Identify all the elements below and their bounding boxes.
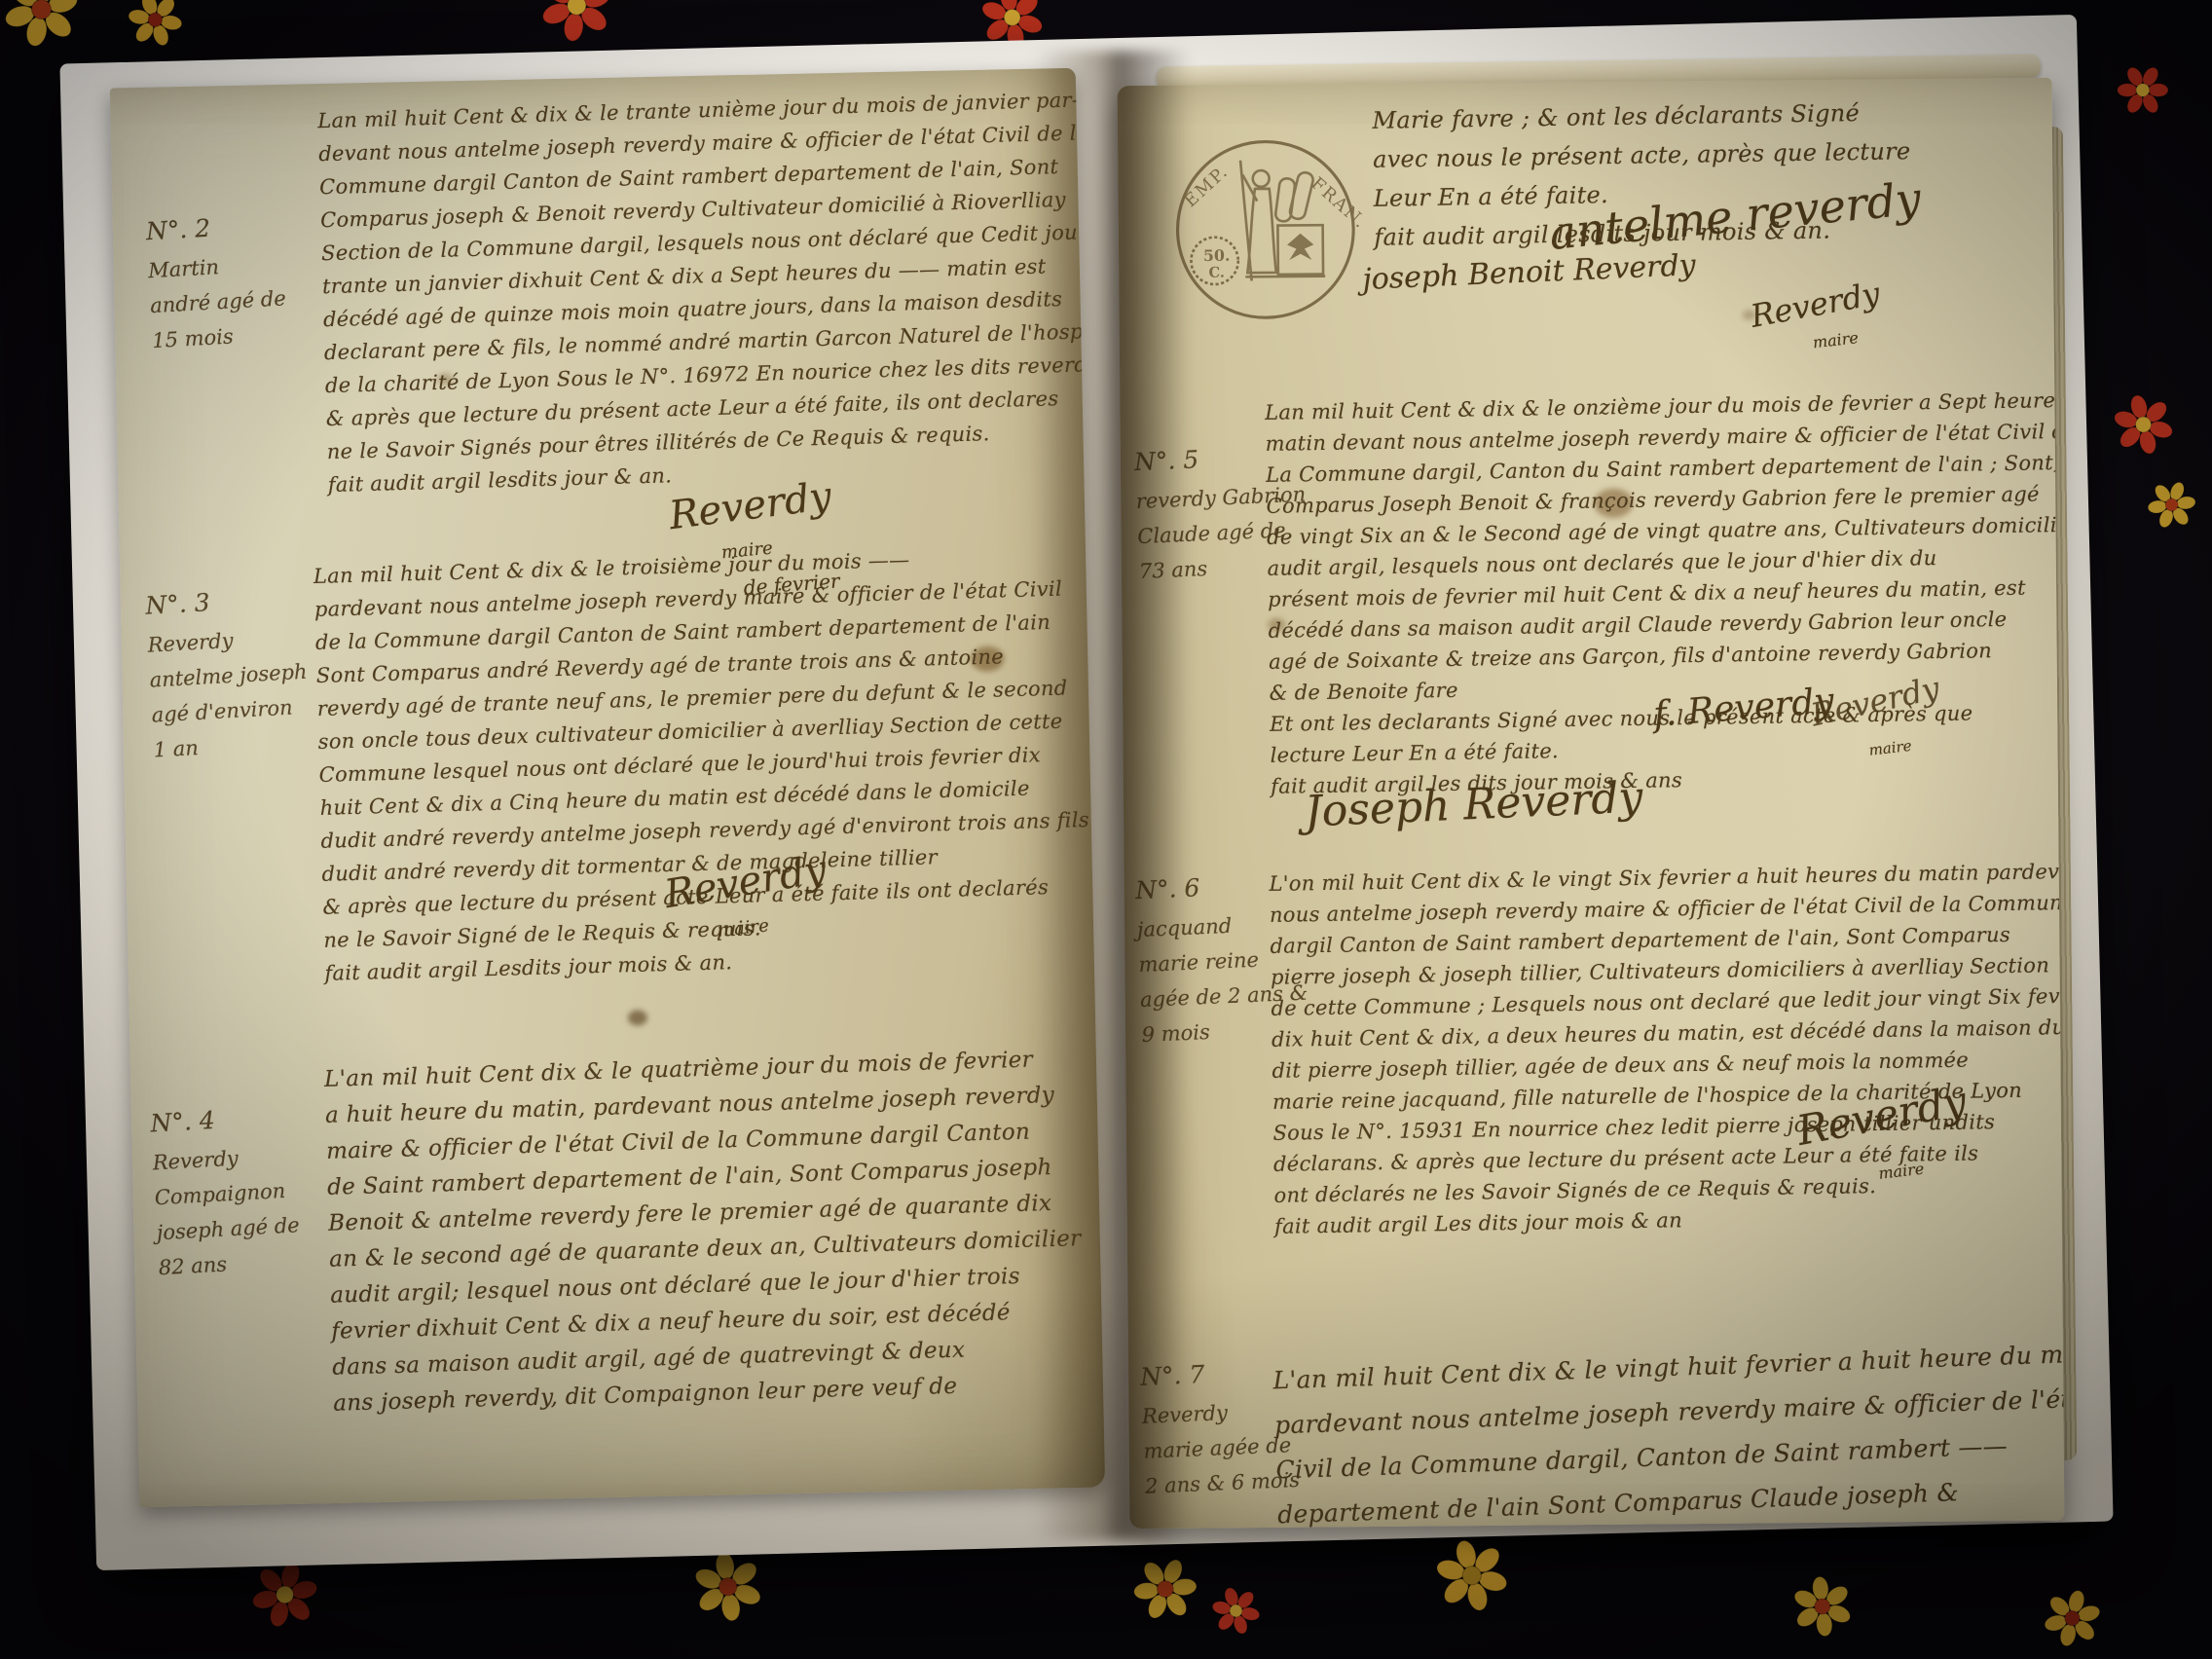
signature-title: maire <box>1812 328 1860 351</box>
embroidered-flower-icon <box>1204 1579 1269 1645</box>
handwritten-line: 82 ans <box>158 1242 303 1285</box>
left-page: N°. 2Martinandré agé de15 mois Lan mil h… <box>110 68 1105 1507</box>
handwritten-line: N°. 2 <box>145 207 282 250</box>
embroidered-flower-icon <box>534 0 618 53</box>
embroidered-flower-icon <box>1121 1546 1208 1637</box>
embroidered-flower-icon <box>687 1546 769 1632</box>
stamp-value-50: 50. <box>1203 246 1231 265</box>
signature: Reverdy <box>1748 275 1883 335</box>
entry-margin-note: N°. 2Martinandré agé de15 mois <box>145 207 289 359</box>
entry-body-text: L'an mil huit Cent dix & le quatrième jo… <box>324 1041 1086 1421</box>
embroidered-flower-icon <box>2036 1582 2109 1657</box>
right-page: EMP. FRAN. 50. C. <box>1118 78 2065 1529</box>
handwritten-line: 1 an <box>153 724 313 768</box>
embroidered-flower-icon <box>119 0 192 59</box>
handwritten-line: N°. 3 <box>144 580 304 624</box>
entry-body-text: Lan mil huit Cent & dix & le trante uniè… <box>317 80 1105 501</box>
entry-body-text: Lan mil huit Cent & dix & le onzième jou… <box>1265 385 2065 802</box>
embroidered-flower-icon <box>2105 54 2179 129</box>
handwritten-line: N°. 4 <box>150 1098 295 1141</box>
embroidered-flower-icon <box>1416 1523 1525 1632</box>
register-photo-scene: N°. 2Martinandré agé de15 mois Lan mil h… <box>0 0 2212 1659</box>
ink-stain <box>628 1010 647 1025</box>
embroidered-flower-icon <box>2138 472 2204 540</box>
stamp-value-c: C. <box>1208 265 1225 281</box>
embroidered-flower-icon <box>1788 1572 1858 1644</box>
embroidered-flower-icon <box>0 0 88 60</box>
entry-body-text: L'an mil huit Cent dix & le vingt huit f… <box>1272 1331 2065 1529</box>
embroidered-flower-icon <box>2106 387 2183 465</box>
handwritten-line: 15 mois <box>151 315 288 358</box>
revenue-stamp: EMP. FRAN. 50. C. <box>1162 127 1369 337</box>
entry-body-text: L'on mil huit Cent dix & le vingt Six fe… <box>1269 855 2064 1241</box>
entry-margin-note: N°. 3Reverdyantelme josephagé d'environ1… <box>144 580 312 768</box>
entry-margin-note: N°. 4ReverdyCompaignonjoseph agé de82 an… <box>150 1098 303 1285</box>
entry-body-text: Lan mil huit Cent & dix & le troisième j… <box>313 538 1094 990</box>
